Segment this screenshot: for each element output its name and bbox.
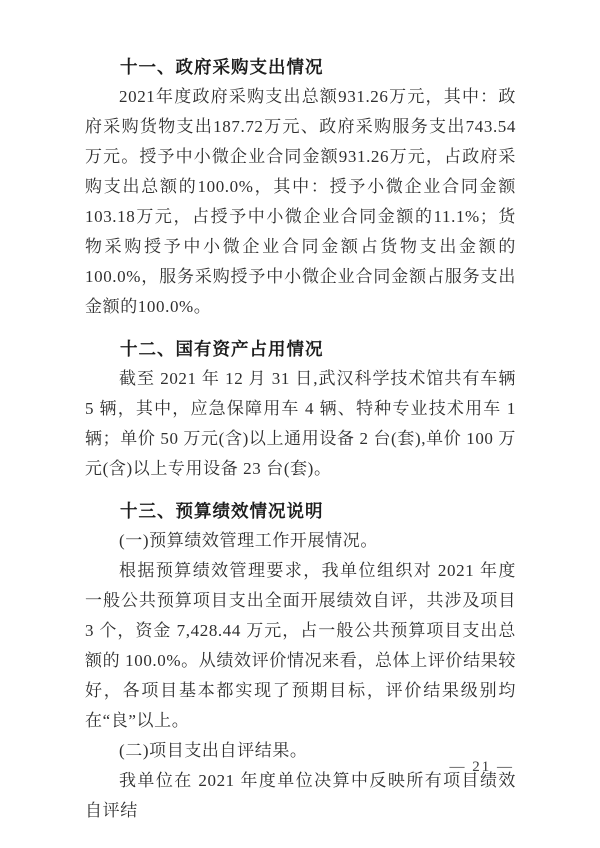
- section-heading-12: 十二、国有资产占用情况: [85, 334, 516, 364]
- section-heading-13: 十三、预算绩效情况说明: [85, 496, 516, 526]
- section-budget-performance: 十三、预算绩效情况说明 (一)预算绩效管理工作开展情况。 根据预算绩效管理要求，…: [85, 496, 516, 826]
- paragraph-assets-detail: 截至 2021 年 12 月 31 日,武汉科学技术馆共有车辆 5 辆，其中，应…: [85, 364, 516, 484]
- section-heading-11: 十一、政府采购支出情况: [85, 52, 516, 82]
- subheading-performance-management: (一)预算绩效管理工作开展情况。: [85, 526, 516, 556]
- paragraph-performance-management: 根据预算绩效管理要求，我单位组织对 2021 年度一般公共预算项目支出全面开展绩…: [85, 556, 516, 736]
- page-number: — 21 —: [450, 759, 515, 776]
- section-state-assets: 十二、国有资产占用情况 截至 2021 年 12 月 31 日,武汉科学技术馆共…: [85, 334, 516, 484]
- paragraph-procurement-detail: 2021年度政府采购支出总额931.26万元，其中：政府采购货物支出187.72…: [85, 82, 516, 322]
- document-page: 十一、政府采购支出情况 2021年度政府采购支出总额931.26万元，其中：政府…: [0, 0, 600, 848]
- section-government-procurement: 十一、政府采购支出情况 2021年度政府采购支出总额931.26万元，其中：政府…: [85, 52, 516, 322]
